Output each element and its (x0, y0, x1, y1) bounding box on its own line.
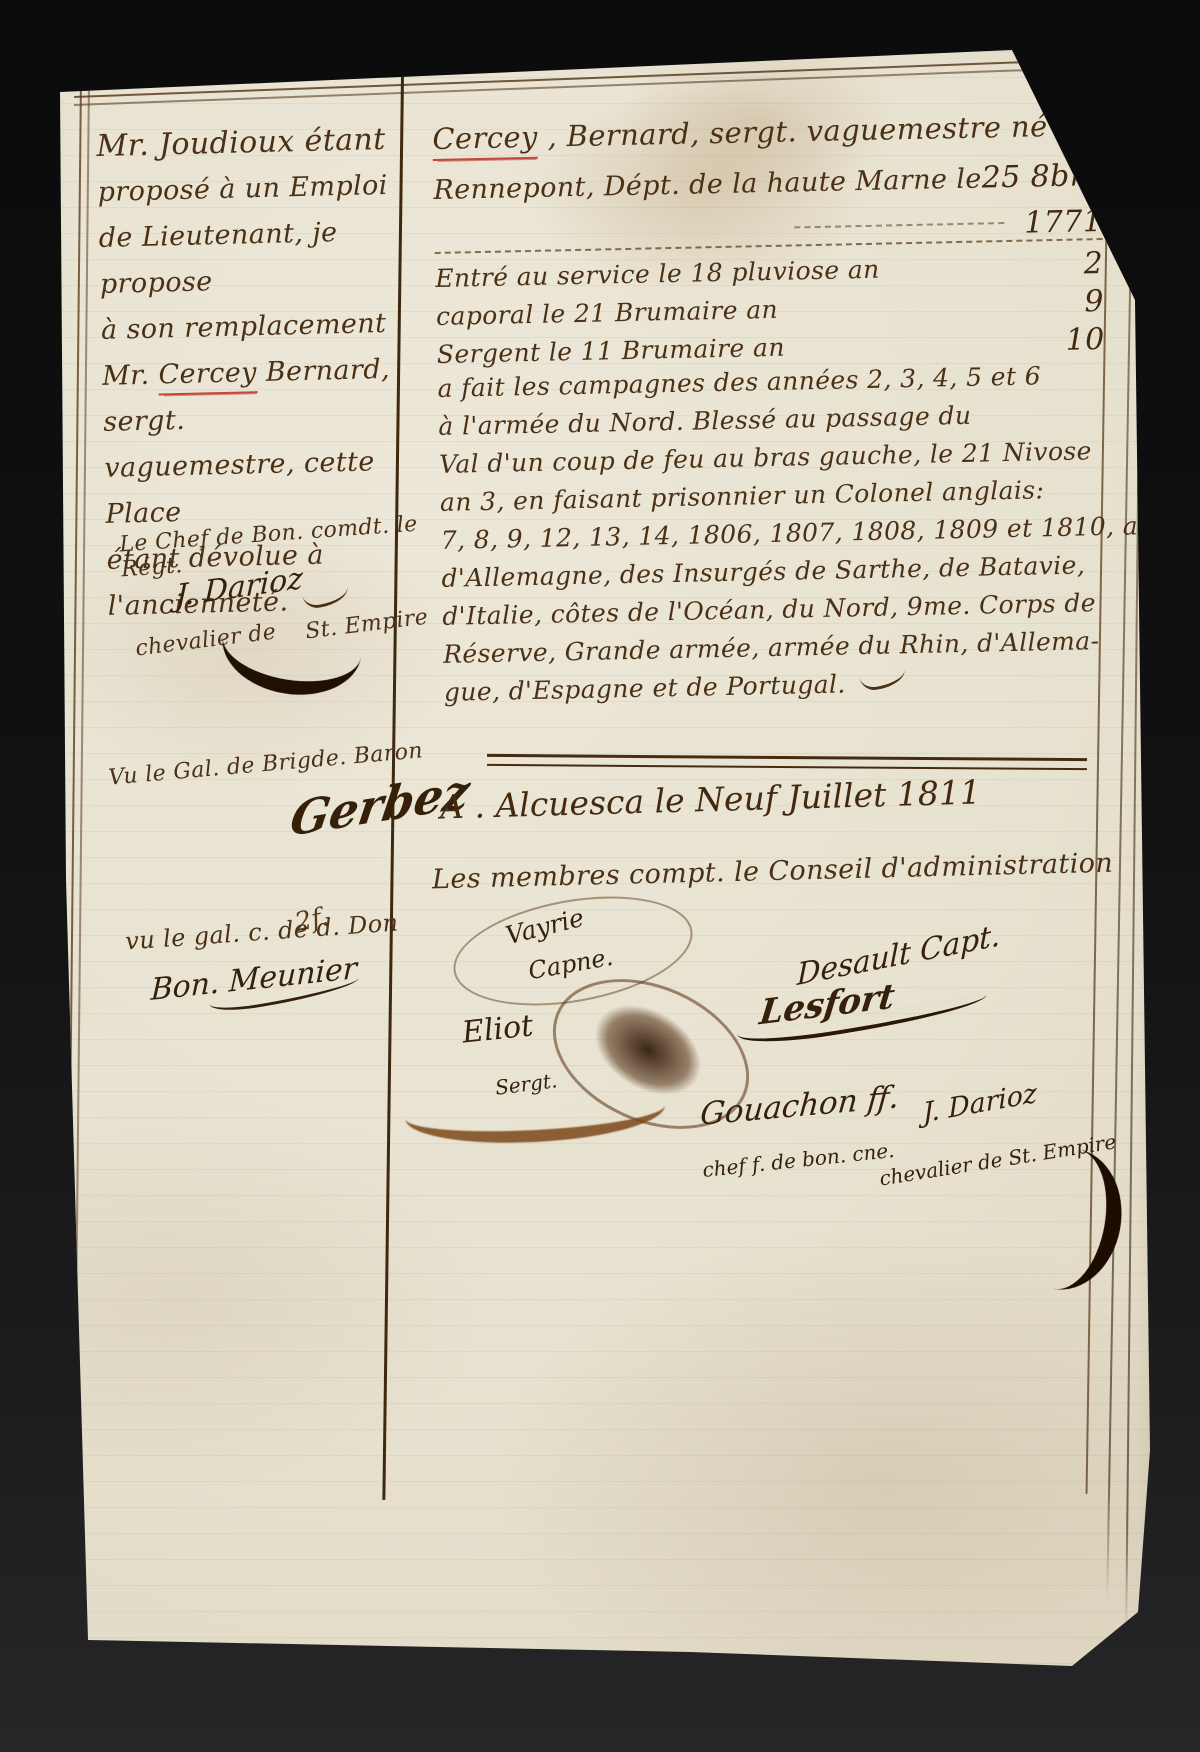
light-ink-flourish (404, 1075, 667, 1149)
ink-blot-ring (529, 950, 773, 1158)
record-line: d'Italie, côtes de l'Océan, du Nord, 9me… (442, 588, 1111, 640)
eliot-signature: Eliot (460, 1008, 534, 1050)
darioz-title-2: chevalier de St. Empire (878, 1129, 1118, 1190)
under-sheet-edge (1106, 130, 1134, 1600)
text-span: l'ancienneté. (107, 586, 288, 621)
text-span: étant dévolue à (106, 540, 324, 576)
ink-flourish-arc (215, 588, 368, 705)
text-span: Mr. Joudioux étant (96, 122, 386, 164)
margin-value: 10 (1065, 322, 1105, 358)
record-line: Val d'un coup de feu au bras gauche, le … (439, 436, 1108, 488)
text-span: proposé à un Emploi (97, 170, 388, 208)
gouachon-signature: Gouachon ff. (699, 1079, 901, 1133)
text-span: Sergent le 11 Brumaire an (437, 333, 786, 369)
darioz-signature: J. Darioz (175, 561, 304, 614)
left-margin-rule (64, 78, 82, 1623)
darioz-signature-2: J. Darioz (922, 1078, 1037, 1129)
record-line: à l'armée du Nord. Blessé au passage du (438, 398, 1107, 450)
dashed-rule (435, 238, 1103, 254)
column-divider-rule (382, 76, 404, 1500)
text-span: Cercey , Bernard, sergt. vaguemestre né … (432, 109, 1075, 156)
record-line: Réserve, Grande armée, armée du Rhin, d'… (443, 626, 1112, 678)
text-span: Mr. (102, 360, 159, 392)
lesfort-signature: Lesfort (755, 962, 1010, 1050)
record-line: Cercey , Bernard, sergt. vaguemestre né … (432, 108, 1101, 172)
desault-signature: Desault Capt. (797, 918, 1001, 993)
record-line: a fait les campagnes des années 2, 3, 4,… (437, 360, 1106, 412)
record-line: 1771 (434, 204, 1103, 252)
text-span: d'Italie, côtes de l'Océan, du Nord, 9me… (442, 588, 1096, 631)
manuscript-line: étant dévolue à (106, 530, 413, 583)
top-margin-rule-2 (74, 66, 1105, 106)
ink-flourish-arc-2 (999, 1139, 1133, 1298)
vayrie-signature: Vayrie (503, 903, 587, 950)
text-span: à son remplacement (101, 308, 387, 346)
left-margin-rule-2 (72, 80, 90, 1620)
council-line: Les membres compt. le Conseil d'administ… (432, 848, 1114, 896)
record-line: 7, 8, 9, 12, 13, 14, 1806, 1807, 1808, 1… (440, 512, 1109, 564)
section-divider-rule (487, 754, 1087, 770)
photo-background: Mr. Joudioux étantproposé à un Emploide … (0, 0, 1200, 1752)
vayrie-title: Capne. (526, 943, 615, 985)
left-column-lines: Mr. Joudioux étantproposé à un Emploide … (96, 117, 414, 630)
vu-commissaire-line: vu le gal. c. de d. Don (124, 908, 399, 955)
text-span (432, 122, 433, 156)
text-span: Val d'un coup de feu au bras gauche, le … (439, 436, 1092, 479)
manuscript-line: Mr. Cercey Bernard, sergt. (102, 346, 410, 445)
right-margin-rule (1086, 64, 1110, 1494)
darioz-signature-subtitle-right: St. Empire (304, 605, 430, 645)
text-span: gue, d'Espagne et de Portugal. (444, 668, 906, 707)
record-line: Sergent le 11 Brumaire an10 (436, 322, 1105, 374)
gouachon-title: chef f. de bon. cne. (701, 1138, 895, 1182)
record-line: Entré au service le 18 pluviose an2 (435, 246, 1104, 298)
record-line: Rennepont, Dépt. de la haute Marne le25 … (433, 158, 1102, 218)
signature-oval-flourish (445, 880, 701, 1022)
top-margin-rule (74, 58, 1105, 98)
pen-flourish (858, 666, 906, 692)
manuscript-line: de Lieutenant, je propose (98, 208, 406, 307)
manuscript-line: Mr. Joudioux étant (96, 117, 403, 170)
text-span: a fait les campagnes des années 2, 3, 4,… (437, 361, 1041, 403)
general-signature: Gerbez (287, 763, 474, 847)
margin-value: 1771 (1024, 204, 1103, 241)
margin-value: 9 (1084, 284, 1104, 319)
text-span: d'Allemagne, des Insurgés de Sarthe, de … (441, 550, 1085, 592)
sergeant-label: Sergt. (494, 1068, 559, 1099)
red-underlined-word: Cercey (158, 357, 257, 396)
text-span: de Lieutenant, je propose (98, 217, 337, 300)
margin-value: 2 (1083, 246, 1103, 281)
record-line: an 3, en faisant prisonnier un Colonel a… (440, 474, 1109, 526)
manuscript-line: vaguemestre, cette Place (104, 438, 412, 537)
margin-value: 25 8bre (981, 158, 1103, 196)
dash-fill (794, 222, 1004, 228)
record-line: d'Allemagne, des Insurgés de Sarthe, de … (441, 550, 1110, 602)
text-span: caporal le 21 Brumaire an (436, 295, 779, 331)
record-line: gue, d'Espagne et de Portugal. (444, 664, 1113, 716)
darioz-signature-subtitle-left: chevalier de (134, 619, 278, 661)
meunier-signature: Bon. Meunier (150, 951, 358, 1021)
text-span: 7, 8, 9, 12, 13, 14, 1806, 1807, 1808, 1… (440, 508, 1200, 554)
pen-flourish (301, 584, 349, 610)
place-date-line: A . Alcuesca le Neuf Juillet 1811 (440, 772, 982, 826)
right-column-lines: Cercey , Bernard, sergt. vaguemestre né … (432, 108, 1112, 716)
battalion-chief-title: Le Chef de Bon. comdt. le Régt. (119, 512, 422, 583)
text-span: Entré au service le 18 pluviose an (435, 255, 880, 293)
text-span: Réserve, Grande armée, armée du Rhin, d'… (443, 626, 1100, 669)
manuscript-line: l'ancienneté. (107, 576, 414, 629)
ink-blot (552, 962, 745, 1138)
text-span: an 3, en faisant prisonnier un Colonel a… (440, 475, 1045, 517)
under-sheet-edge (1125, 320, 1141, 1630)
signature-paraphe: 2f. (292, 902, 331, 938)
manuscript-line: à son remplacement (100, 300, 407, 353)
manuscript-line: proposé à un Emploi (97, 163, 404, 216)
text-span: vaguemestre, cette Place (104, 446, 375, 530)
red-underlined-word: Cercey (432, 120, 538, 162)
record-line: caporal le 21 Brumaire an9 (436, 284, 1105, 336)
document-paper: Mr. Joudioux étantproposé à un Emploide … (0, 0, 1200, 1752)
vu-general-line: Vu le Gal. de Brigde. Baron (108, 738, 424, 790)
text-span: à l'armée du Nord. Blessé au passage du (438, 401, 972, 441)
text-span: Rennepont, Dépt. de la haute Marne le (433, 164, 982, 206)
text-span: Bernard, sergt. (103, 354, 390, 438)
text-span: , Bernard, sergt. vaguemestre né à (537, 109, 1075, 154)
